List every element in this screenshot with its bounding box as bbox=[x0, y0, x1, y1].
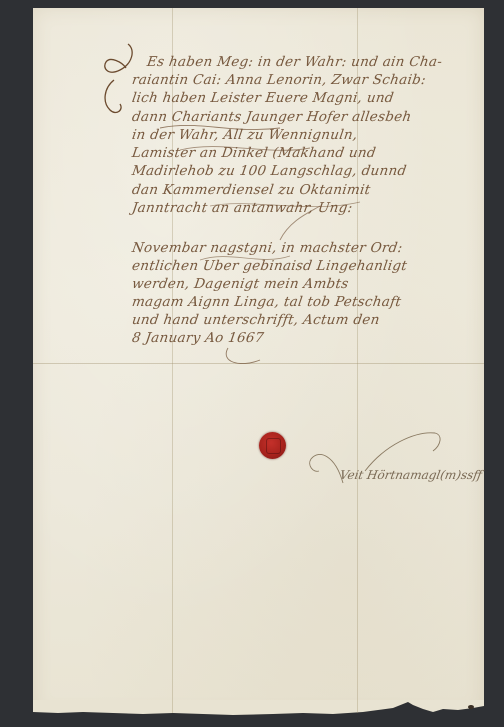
wax-seal bbox=[259, 432, 286, 459]
signature: Veit Hörtnamagl(m)ssff bbox=[339, 468, 483, 482]
paper-damage-spot bbox=[468, 705, 474, 709]
signature-flourish bbox=[305, 425, 445, 495]
text-line: Es haben Meg: in der Wahr: und ain Cha- bbox=[146, 54, 443, 70]
ink-flourishes bbox=[120, 110, 470, 370]
text-line: raiantin Cai: Anna Lenorin, Zwar Schaib: bbox=[131, 72, 427, 88]
text-line: lich haben Leister Euere Magni, und bbox=[131, 90, 395, 106]
